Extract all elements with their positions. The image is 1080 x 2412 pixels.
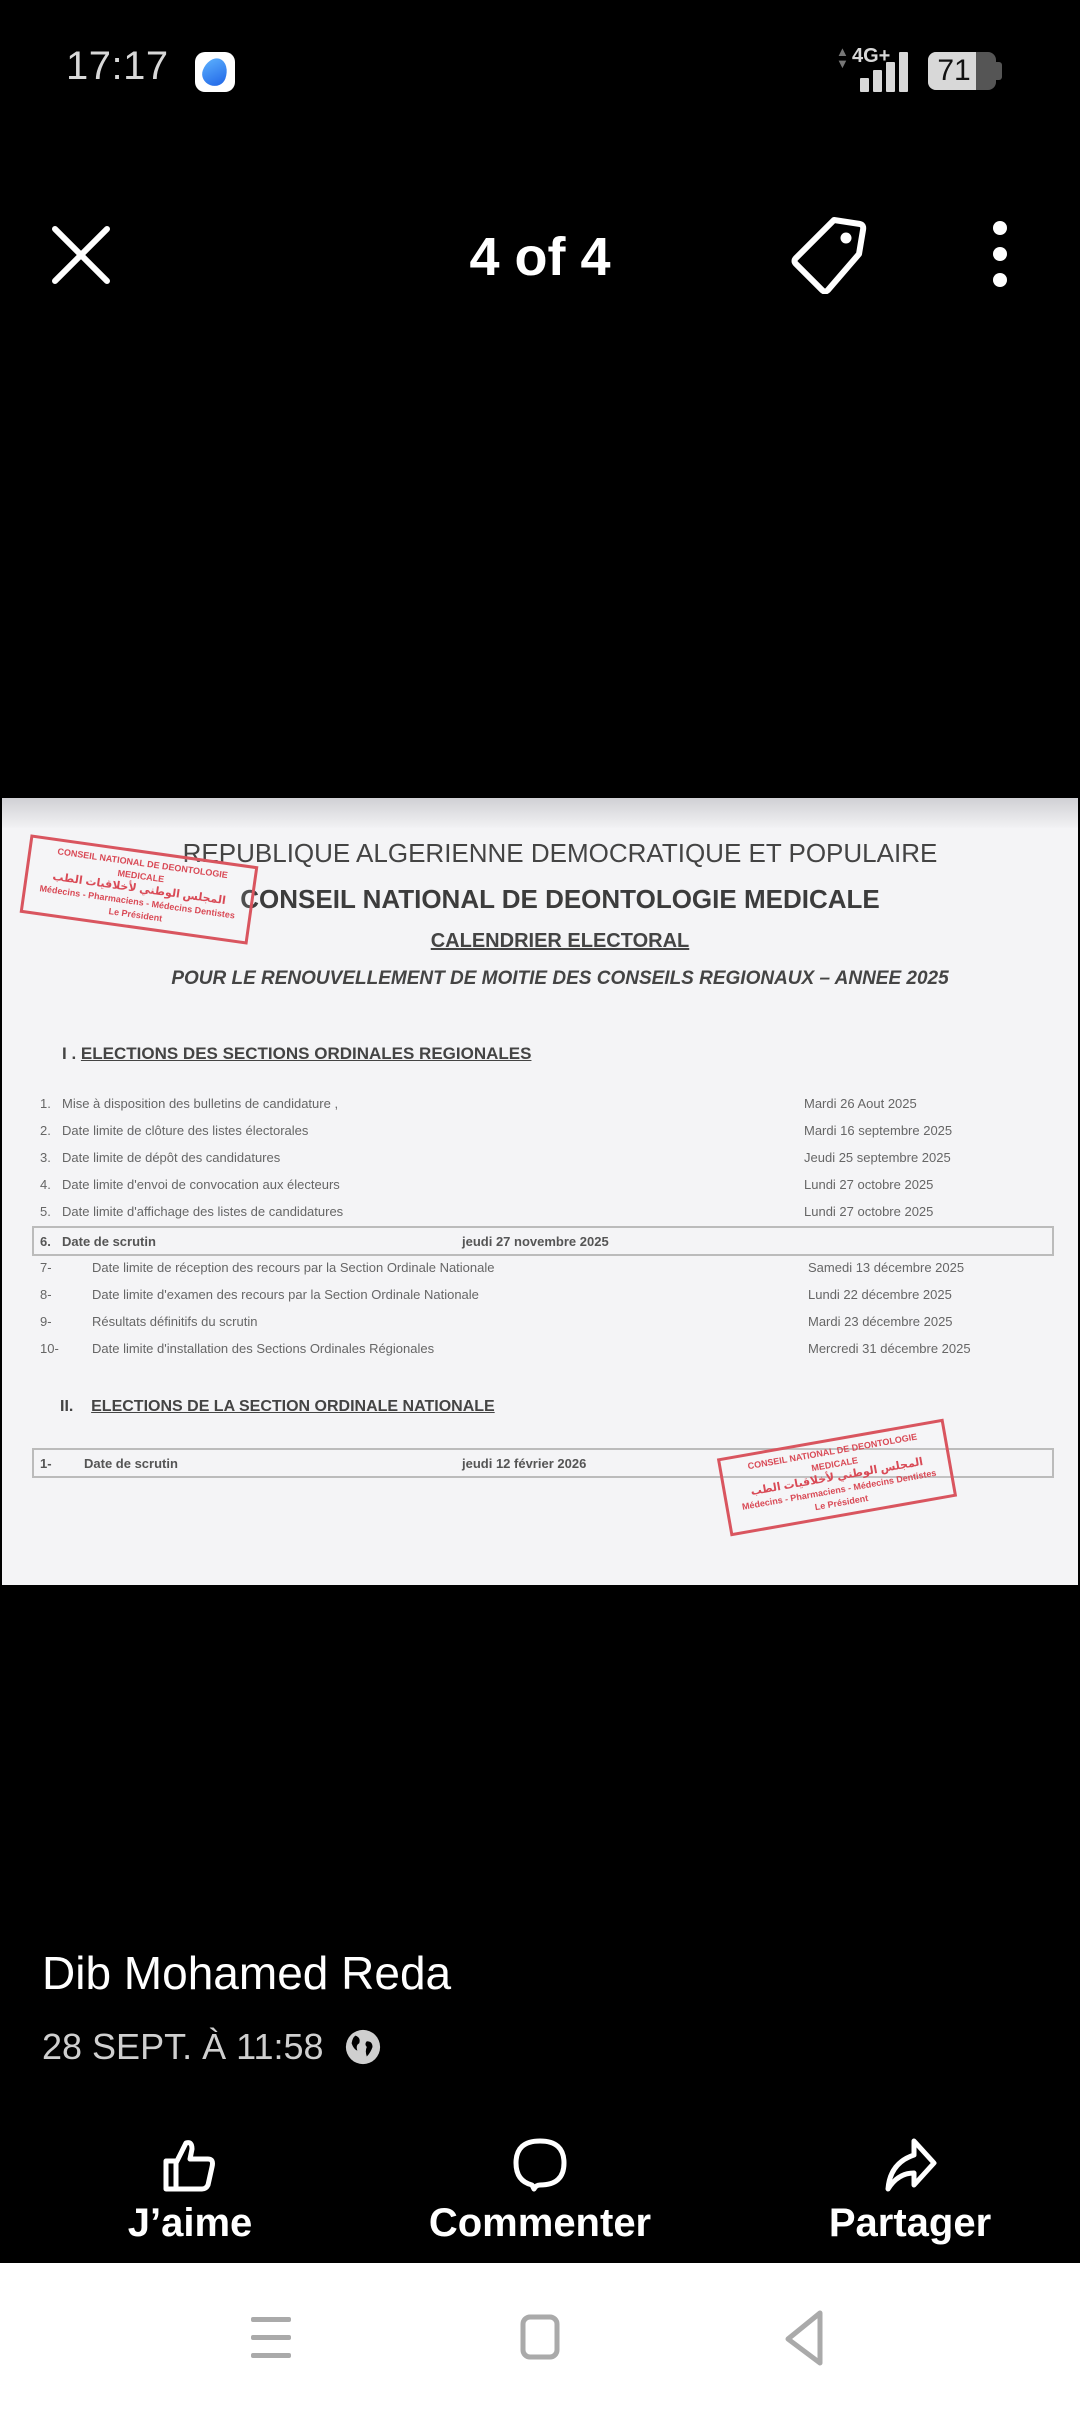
share-button[interactable]: Partager [760, 2130, 1060, 2263]
row-date: Mercredi 31 décembre 2025 [808, 1341, 971, 1356]
calendar-row: 3.Date limite de dépôt des candidaturesJ… [40, 1150, 1058, 1176]
photo-document[interactable]: REPUBLIQUE ALGERIENNE DEMOCRATIQUE ET PO… [2, 798, 1078, 1585]
row-label: Résultats définitifs du scrutin [92, 1314, 257, 1329]
doc-header-calendar: CALENDRIER ELECTORAL [2, 930, 1078, 953]
section-number: II. [60, 1398, 73, 1415]
calendar-row: 8-Date limite d'examen des recours par l… [40, 1287, 1058, 1313]
row-label: Date limite de dépôt des candidatures [62, 1150, 280, 1165]
calendar-row: 10-Date limite d'installation des Sectio… [40, 1341, 1058, 1367]
row-date: Lundi 27 octobre 2025 [804, 1204, 933, 1219]
row-label: Date limite d'envoi de convocation aux é… [62, 1177, 340, 1192]
battery-percent: 71 [928, 52, 980, 90]
back-icon [770, 2303, 840, 2373]
calendar-row: 9-Résultats définitifs du scrutinMardi 2… [40, 1314, 1058, 1340]
section-heading: ELECTIONS DES SECTIONS ORDINALES REGIONA… [81, 1044, 532, 1063]
row-label: Date limite d'examen des recours par la … [92, 1287, 479, 1302]
post-actions: J’aime Commenter Partager [0, 2130, 1080, 2263]
calendar-row: 7-Date limite de réception des recours p… [40, 1260, 1058, 1286]
row-label: Mise à disposition des bulletins de cand… [62, 1096, 338, 1111]
row-number: 1. [40, 1096, 51, 1111]
row-date: Mardi 16 septembre 2025 [804, 1123, 952, 1138]
tag-button[interactable] [788, 214, 868, 294]
recents-button[interactable] [236, 2303, 306, 2373]
status-bar: 17:17 ▲▼ 4G+ 71 [0, 0, 1080, 140]
comment-label: Commenter [390, 2201, 690, 2246]
section-number: I . [62, 1044, 81, 1063]
row-date: Lundi 22 décembre 2025 [808, 1287, 952, 1302]
thumbs-up-icon [160, 2135, 220, 2195]
like-button[interactable]: J’aime [40, 2130, 340, 2263]
comment-icon [510, 2135, 570, 2195]
post-meta: 28 SEPT. À 11:58 [42, 2026, 382, 2068]
photo-shadow [2, 798, 1078, 828]
row-number: 6. [40, 1234, 51, 1249]
calendar-row: 2.Date limite de clôture des listes élec… [40, 1123, 1058, 1149]
tag-icon [788, 214, 868, 294]
row-number: 1- [40, 1456, 52, 1471]
system-navigation-bar [0, 2263, 1080, 2412]
globe-icon [344, 2028, 382, 2066]
row-date: jeudi 12 février 2026 [462, 1456, 586, 1471]
data-activity-icon: ▲▼ [836, 46, 849, 70]
viewer-toolbar: 4 of 4 [0, 200, 1080, 310]
calendar-row: 4.Date limite d'envoi de convocation aux… [40, 1177, 1058, 1203]
row-number: 3. [40, 1150, 51, 1165]
signal-strength-icon [858, 52, 910, 92]
row-number: 5. [40, 1204, 51, 1219]
row-number: 2. [40, 1123, 51, 1138]
share-label: Partager [760, 2201, 1060, 2246]
row-label: Date limite de réception des recours par… [92, 1260, 495, 1275]
row-date: Samedi 13 décembre 2025 [808, 1260, 964, 1275]
row-number: 9- [40, 1314, 52, 1329]
doc-header-subtitle: POUR LE RENOUVELLEMENT DE MOITIE DES CON… [2, 968, 1078, 990]
status-time: 17:17 [66, 44, 169, 89]
official-stamp-bottom: CONSEIL NATIONAL DE DEONTOLOGIE MEDICALE… [717, 1419, 957, 1537]
calendar-row: 1.Mise à disposition des bulletins de ca… [40, 1096, 1058, 1122]
row-date: Lundi 27 octobre 2025 [804, 1177, 933, 1192]
home-button[interactable] [505, 2303, 575, 2373]
comment-button[interactable]: Commenter [390, 2130, 690, 2263]
row-number: 10- [40, 1341, 59, 1356]
row-number: 4. [40, 1177, 51, 1192]
home-icon [505, 2303, 575, 2373]
row-number: 8- [40, 1287, 52, 1302]
post-author[interactable]: Dib Mohamed Reda [42, 1946, 451, 2000]
battery-cap [996, 62, 1002, 80]
more-vertical-icon [970, 214, 1030, 294]
row-label: Date limite de clôture des listes électo… [62, 1123, 308, 1138]
post-timestamp[interactable]: 28 SEPT. À 11:58 [42, 2026, 324, 2068]
section-heading: ELECTIONS DE LA SECTION ORDINALE NATIONA… [91, 1398, 495, 1415]
row-date: Mardi 23 décembre 2025 [808, 1314, 953, 1329]
row-date: Jeudi 25 septembre 2025 [804, 1150, 951, 1165]
row-label: Date limite d'installation des Sections … [92, 1341, 434, 1356]
row-label: Date de scrutin [62, 1234, 156, 1249]
recents-icon [236, 2303, 306, 2373]
back-button[interactable] [770, 2303, 840, 2373]
share-icon [880, 2135, 940, 2195]
photo-counter: 4 of 4 [0, 226, 1080, 288]
more-options-button[interactable] [970, 214, 1030, 294]
section2-title: II. ELECTIONS DE LA SECTION ORDINALE NAT… [60, 1398, 495, 1416]
row-date: Mardi 26 Aout 2025 [804, 1096, 917, 1111]
row-date: jeudi 27 novembre 2025 [462, 1234, 609, 1249]
app-notification-icon [195, 52, 235, 92]
section1-title: I . ELECTIONS DES SECTIONS ORDINALES REG… [62, 1044, 531, 1064]
like-label: J’aime [40, 2201, 340, 2246]
row-label: Date de scrutin [84, 1456, 178, 1471]
row-number: 7- [40, 1260, 52, 1275]
scrutin-row-regional: 6. Date de scrutin jeudi 27 novembre 202… [32, 1226, 1054, 1256]
row-label: Date limite d'affichage des listes de ca… [62, 1204, 343, 1219]
